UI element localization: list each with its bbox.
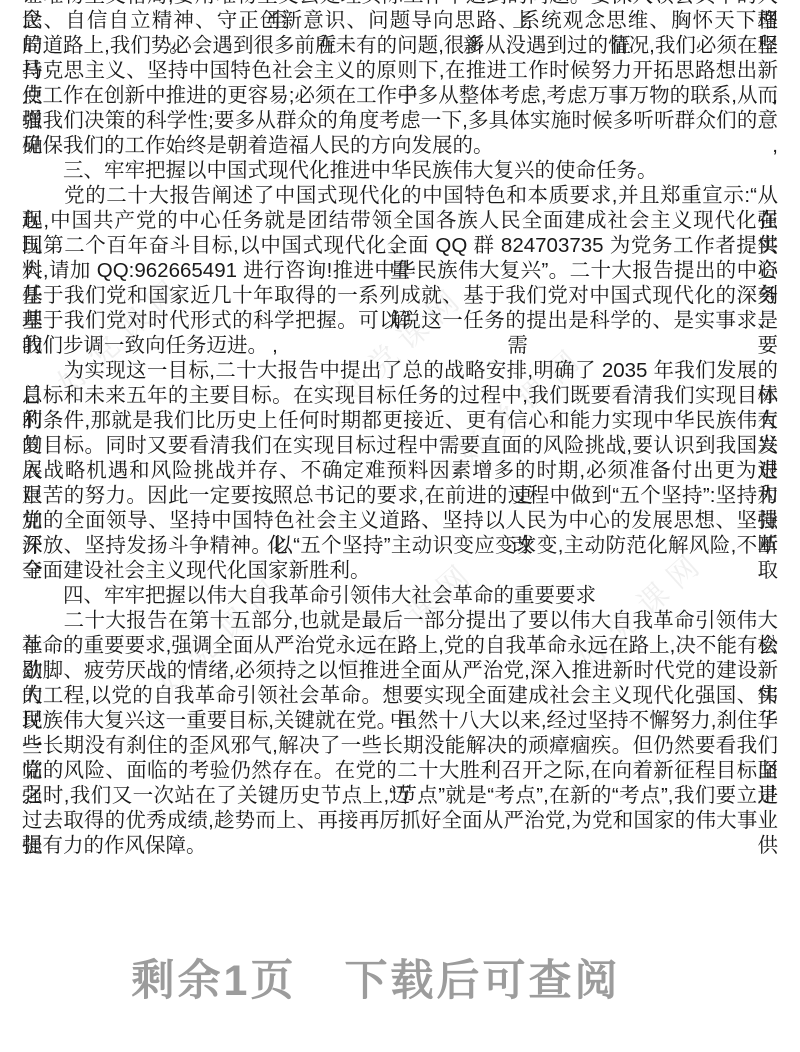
text-line: 料,请加 QQ:962665491 进行咨询!推进中华民族伟大复兴”。二十大报告…: [22, 258, 778, 283]
text-line: 二十大报告在第十五部分,也就是最后一部分提出了要以伟大自我革命引领伟大社会: [22, 608, 778, 633]
text-line: 之时,我们又一次站在了关键历史节点上,“节点”就是“考点”,在新的“考点”,我们…: [22, 783, 778, 808]
text-line: 党的全面领导、坚持中国特色社会主义道路、坚持以人民为中心的发展思想、坚持深化改革: [22, 508, 778, 533]
text-line: 三、牢牢把握以中国式现代化推进中华民族伟大复兴的使命任务。: [22, 158, 778, 183]
download-hint-text: 下载后可查阅: [344, 957, 620, 1005]
text-line: 基于我们党对时代形式的科学把握。可以说这一任务的提出是科学的、是实事求是的,需要: [22, 308, 778, 333]
text-line: 开放、坚持发扬斗争精神。以“五个坚持”主动识变应变求变,主动防范化解风险,不断夺…: [22, 533, 778, 558]
text-line: 使工作在创新中推进的更容易;必须在工作中多从整体考虑,考虑万事万物的联系,从而增: [22, 83, 778, 108]
document-text: 证唯物主义格局,要用唯物主义去处理实际工作中遇到的问题。要深入领会其中的人民至上…: [22, 0, 778, 858]
text-line: 起,中国共产党的中心任务就是团结带领全国各族人民全面建成社会主义现代化强国、实: [22, 208, 778, 233]
text-line: 革命的重要要求,强调全面从严治党永远在路上,党的自我革命永远在路上,决不能有松劲: [22, 633, 778, 658]
text-line: 些长期没有刹住的歪风邪气,解决了一些长期没能解决的顽瘴痼疾。但仍然要看我们党面: [22, 733, 778, 758]
pages-remaining-banner: 剩余1页下载后可查阅: [0, 947, 752, 1008]
text-line: 目标和未来五年的主要目标。在实现目标任务的过程中,我们既要看清我们实现目标的有: [22, 383, 778, 408]
text-line: 马克思主义、坚持中国特色社会主义的原则下,在推进工作时候努力开拓思路想出新点子,: [22, 58, 778, 83]
text-line: 念、自信自立精神、守正创新意识、问题导向思路、系统观念思维、胸怀天下格局。在新征…: [22, 8, 778, 33]
document-page: 好党课网 好党课网 好党课网 好党课网 好党课网 好党课网 证唯物主义格局,要用…: [0, 0, 800, 1052]
text-line: 基于我们党和国家近几十年取得的一系列成就、基于我们党对中国式现代化的深刻理解、: [22, 283, 778, 308]
text-line: 强我们决策的科学性;要多从群众的角度考虑一下,多具体实施时候多听听群众们的意见,: [22, 108, 778, 133]
text-line: 临的风险、面临的考验仍然存在。在党的二十大胜利召开之际,在向着新征程目标坚强迈进: [22, 758, 778, 783]
text-line: 的目标。同时又要看清我们在实现目标过程中需要直面的风险挑战,要认识到我国发展进: [22, 433, 778, 458]
text-line: 党的二十大报告阐述了中国式现代化的中国特色和本质要求,并且郑重宣示:“从现在: [22, 183, 778, 208]
text-line: 利条件,那就是我们比历史上任何时期都更接近、更有信心和能力实现中华民族伟大复兴: [22, 408, 778, 433]
text-line: 歇脚、疲劳厌战的情绪,必须持之以恒推进全面从严治党,深入推进新时代党的建设新的伟: [22, 658, 778, 683]
text-line: 为实现这一目标,二十大报告中提出了总的战略安排,明确了 2035 年我们发展的总…: [22, 358, 778, 383]
remaining-pages-text: 剩余1页: [132, 957, 297, 1005]
text-line: 四、牢牢把握以伟大自我革命引领伟大社会革命的重要要求: [22, 583, 778, 608]
text-line: 证唯物主义格局,要用唯物主义去处理实际工作中遇到的问题。要深入领会其中的人民至上…: [22, 0, 778, 8]
text-line: 现第二个百年奋斗目标,以中国式现代化全面 QQ 群 824703735 为党务工…: [22, 233, 778, 258]
text-line: 的道路上,我们势必会遇到很多前所未有的问题,很多从没遇到过的情况,我们必须在坚持: [22, 33, 778, 58]
text-line: 入战略机遇和风险挑战并存、不确定难预料因素增多的时期,必须准备付出更为艰巨、更为: [22, 458, 778, 483]
text-line: 艰苦的努力。因此一定要按照总书记的要求,在前进的过程中做到“五个坚持”:坚持和加…: [22, 483, 778, 508]
text-line: 过去取得的优秀成绩,趁势而上、再接再厉抓好全面从严治党,为党和国家的伟大事业提供: [22, 808, 778, 833]
text-line: 民族伟大复兴这一重要目标,关键就在党。虽然十八大以来,经过坚持不懈努力,刹住了一: [22, 708, 778, 733]
text-line: 大工程,以党的自我革命引领社会革命。想要实现全面建成社会主义现代化强国、实现中华: [22, 683, 778, 708]
